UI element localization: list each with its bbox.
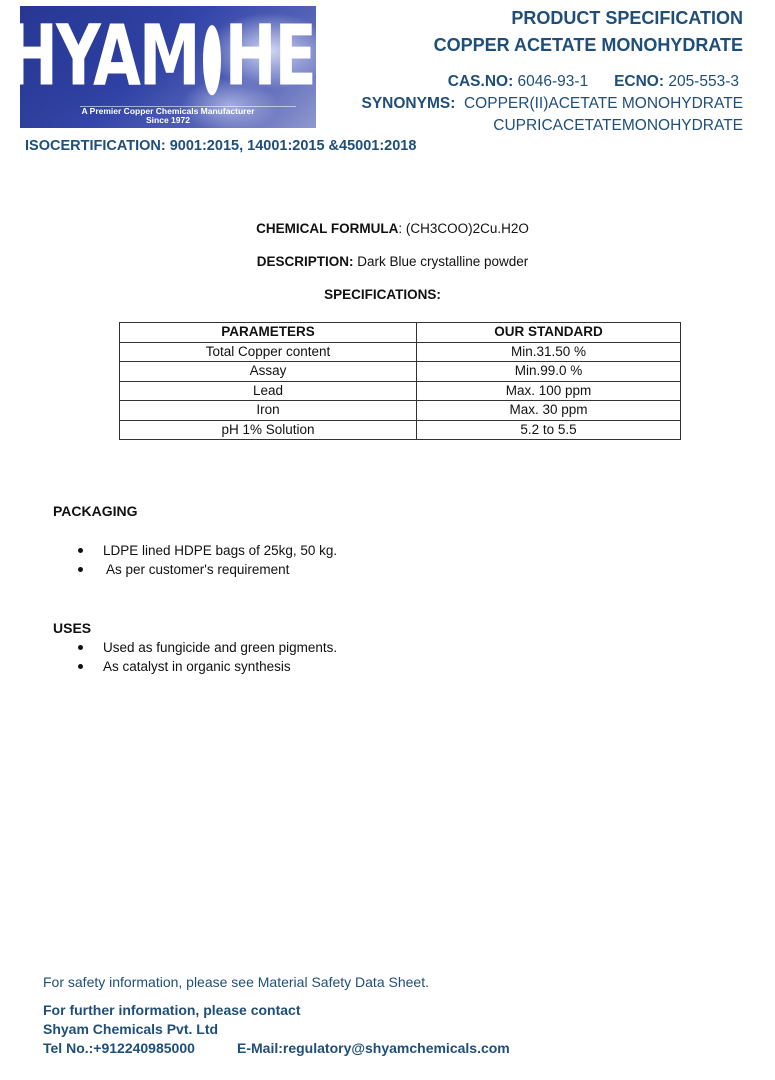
- chemical-formula: CHEMICAL FORMULA: (CH3COO)2Cu.H2O: [0, 221, 775, 236]
- table-row: Total Copper content Min.31.50 %: [120, 342, 681, 362]
- cas-label: CAS.NO:: [448, 73, 513, 90]
- description-value: Dark Blue crystalline powder: [353, 254, 528, 269]
- company-name: Shyam Chemicals Pvt. Ltd: [43, 1021, 218, 1037]
- table-row: pH 1% Solution 5.2 to 5.5: [120, 420, 681, 440]
- packaging-heading: PACKAGING: [53, 503, 138, 519]
- parameter-cell: pH 1% Solution: [120, 420, 417, 440]
- column-header-standard: OUR STANDARD: [417, 323, 681, 343]
- logo-word-right: HEM: [225, 14, 316, 98]
- description: DESCRIPTION: Dark Blue crystalline powde…: [0, 254, 775, 269]
- ec-label: ECNO:: [614, 73, 664, 90]
- company-logo: SHYAMHEM A Premier Copper Chemicals Manu…: [20, 6, 316, 128]
- bullet-icon: [78, 548, 83, 553]
- description-label: DESCRIPTION:: [257, 254, 354, 269]
- email-link[interactable]: E-Mail:regulatory@shyamchemicals.com: [237, 1040, 510, 1056]
- formula-value: : (CH3COO)2Cu.H2O: [398, 221, 529, 236]
- standard-cell: Max. 30 ppm: [417, 401, 681, 421]
- cas-value: 6046-93-1: [513, 73, 588, 90]
- logo-tagline: A Premier Copper Chemicals Manufacturer …: [20, 107, 316, 125]
- formula-label: CHEMICAL FORMULA: [256, 221, 398, 236]
- contact-intro: For further information, please contact: [43, 1002, 300, 1018]
- standard-cell: Max. 100 ppm: [417, 381, 681, 401]
- uses-heading: USES: [53, 620, 91, 636]
- safety-note: For safety information, please see Mater…: [43, 974, 429, 990]
- standard-cell: Min.31.50 %: [417, 342, 681, 362]
- synonyms-label: SYNONYMS:: [361, 95, 455, 112]
- synonym-2: CUPRICACETATEMONOHYDRATE: [493, 117, 743, 135]
- bullet-icon: [78, 645, 83, 650]
- doc-title: PRODUCT SPECIFICATION: [511, 8, 743, 29]
- logo-wordmark: SHYAMHEM: [24, 6, 314, 98]
- table-row: Iron Max. 30 ppm: [120, 401, 681, 421]
- cas-ec-line: CAS.NO: 6046-93-1 ECNO: 205-553-3: [448, 73, 739, 91]
- synonym-1: COPPER(II)ACETATE MONOHYDRATE: [464, 95, 743, 112]
- parameter-cell: Assay: [120, 362, 417, 382]
- parameter-cell: Total Copper content: [120, 342, 417, 362]
- list-item-text: As catalyst in organic synthesis: [103, 657, 291, 676]
- parameter-cell: Lead: [120, 381, 417, 401]
- bullet-icon: [78, 664, 83, 669]
- ec-value: 205-553-3: [664, 73, 739, 90]
- standard-cell: Min.99.0 %: [417, 362, 681, 382]
- list-item-text: Used as fungicide and green pigments.: [103, 638, 337, 657]
- specifications-heading: SPECIFICATIONS:: [0, 287, 765, 302]
- logo-since-text: Since 1972: [20, 116, 316, 125]
- table-row: Assay Min.99.0 %: [120, 362, 681, 382]
- parameter-cell: Iron: [120, 401, 417, 421]
- product-name: COPPER ACETATE MONOHYDRATE: [434, 35, 743, 56]
- standard-cell: 5.2 to 5.5: [417, 420, 681, 440]
- list-item-text: As per customer's requirement: [103, 560, 289, 579]
- specifications-table: PARAMETERS OUR STANDARD Total Copper con…: [119, 322, 681, 440]
- column-header-parameters: PARAMETERS: [120, 323, 417, 343]
- table-row: Lead Max. 100 ppm: [120, 381, 681, 401]
- table-header-row: PARAMETERS OUR STANDARD: [120, 323, 681, 343]
- synonyms-line: SYNONYMS: COPPER(II)ACETATE MONOHYDRATE: [361, 95, 743, 113]
- logo-ring-icon: [203, 25, 221, 95]
- contact-line: Tel No.:+912240985000E-Mail:regulatory@s…: [43, 1040, 195, 1056]
- logo-word-left: SHYAM: [20, 14, 199, 98]
- list-item-text: LDPE lined HDPE bags of 25kg, 50 kg.: [103, 541, 337, 560]
- iso-certification: ISOCERTIFICATION: 9001:2015, 14001:2015 …: [25, 138, 416, 154]
- bullet-icon: [78, 567, 83, 572]
- telephone: Tel No.:+912240985000: [43, 1040, 195, 1056]
